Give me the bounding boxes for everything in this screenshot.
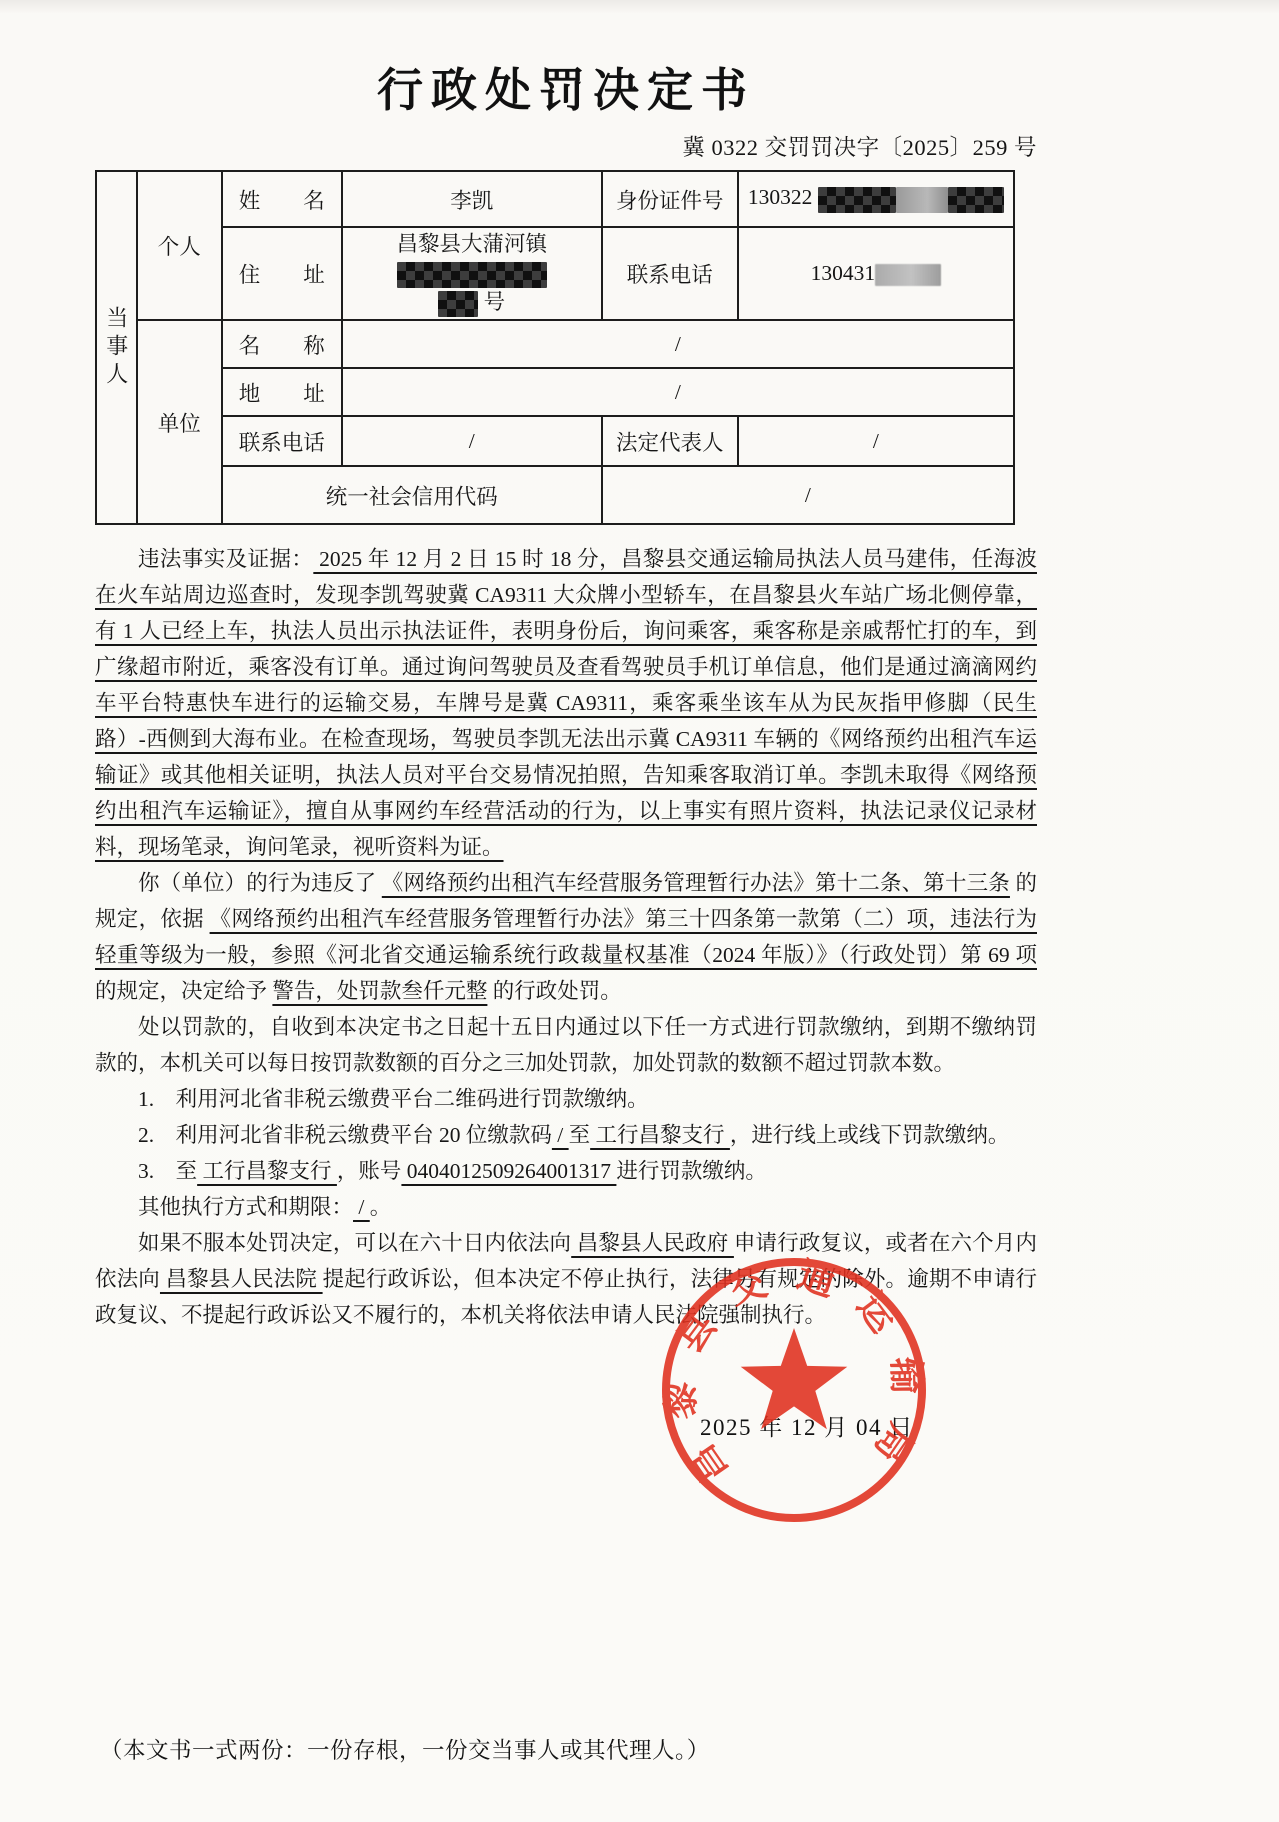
- legal-rep-label: 法定代表人: [602, 416, 738, 466]
- form-text: 其他执行方式和期限：: [138, 1195, 353, 1219]
- filled-in-text: 昌黎县人民法院: [160, 1267, 323, 1291]
- unit-name-label: 名 称: [222, 320, 342, 368]
- form-text: 的规定，决定给予: [95, 979, 272, 1003]
- document-title: 行政处罚决定书: [95, 54, 1037, 120]
- filled-in-text: 0404012509264001317: [401, 1159, 616, 1183]
- decision-date: 2025 年 12 月 04 日: [700, 1409, 914, 1442]
- form-text: 如果不服本处罚决定，可以在六十日内依法向: [138, 1231, 571, 1255]
- unit-address-value: /: [342, 368, 1014, 416]
- filled-in-text: 工行昌黎支行: [590, 1123, 730, 1147]
- party-row-header: 当事人: [96, 171, 137, 524]
- form-text: 至: [569, 1123, 591, 1147]
- address-value-text: 昌黎县大蒲河镇: [396, 232, 547, 256]
- filled-in-text: /: [552, 1123, 569, 1147]
- redaction-block: [438, 291, 478, 317]
- form-text: 1. 利用河北省非税云缴费平台二维码进行罚款缴纳。: [138, 1087, 649, 1111]
- form-text: 进行罚款缴纳。: [616, 1159, 767, 1183]
- body-paragraph: 如果不服本处罚决定，可以在六十日内依法向 昌黎县人民政府 申请行政复议，或者在六…: [95, 1225, 1037, 1333]
- document-number: 冀 0322 交罚罚决字〔2025〕259 号: [95, 130, 1037, 162]
- body-paragraph: 3. 至 工行昌黎支行 ，账号 0404012509264001317 进行罚款…: [95, 1153, 1037, 1189]
- filled-in-text: 警告，处罚款叁仟元整: [272, 979, 487, 1003]
- phone-value: 130431: [738, 227, 1014, 320]
- filled-in-text: 《网络预约出租汽车经营服务管理暂行办法》第三十四条第一款第（二）项，违法行为轻重…: [95, 907, 1037, 967]
- legal-rep-value: /: [738, 416, 1014, 466]
- form-text: 处以罚款的，自收到本决定书之日起十五日内通过以下任一方式进行罚款缴纳，到期不缴纳…: [95, 1015, 1037, 1075]
- filled-in-text: 2025 年 12 月 2 日 15 时 18 分，昌黎县交通运输局执法人员马建…: [95, 547, 1037, 859]
- address-value: 昌黎县大蒲河镇 号: [342, 227, 602, 320]
- form-text: 违法事实及证据：: [138, 547, 313, 571]
- body-paragraph: 2. 利用河北省非税云缴费平台 20 位缴款码 / 至 工行昌黎支行 ，进行线上…: [95, 1117, 1037, 1153]
- name-value: 李凯: [342, 171, 602, 227]
- redaction-block: [818, 187, 896, 213]
- phone-label: 联系电话: [602, 227, 738, 320]
- filled-in-text: 《网络预约出租汽车经营服务管理暂行办法》第十二条、第十三条: [382, 871, 1010, 895]
- party-info-table: 当事人 个人 姓 名 李凯 身份证件号 130322 住 址 昌黎县大蒲河镇 号…: [95, 170, 1015, 525]
- filled-in-text: 昌黎县人民政府: [571, 1231, 734, 1255]
- unit-group-label: 单位: [137, 320, 222, 524]
- body-paragraph: 1. 利用河北省非税云缴费平台二维码进行罚款缴纳。: [95, 1081, 1037, 1117]
- form-text: 的行政处罚。: [487, 979, 621, 1003]
- unit-phone-label: 联系电话: [222, 416, 342, 466]
- phone-value-text: 130431: [811, 261, 876, 285]
- address-value-suffix: 号: [484, 290, 506, 314]
- form-text: 3. 至: [138, 1159, 197, 1183]
- filled-in-text: /: [353, 1195, 370, 1219]
- credit-code-label: 统一社会信用代码: [222, 466, 602, 524]
- body-paragraph: 违法事实及证据： 2025 年 12 月 2 日 15 时 18 分，昌黎县交通…: [95, 541, 1037, 865]
- unit-address-label: 地 址: [222, 368, 342, 416]
- decision-body: 违法事实及证据： 2025 年 12 月 2 日 15 时 18 分，昌黎县交通…: [95, 541, 1037, 1333]
- redaction-block: [397, 262, 547, 288]
- form-text: 。: [370, 1195, 392, 1219]
- unit-name-value: /: [342, 320, 1014, 368]
- form-text: ，账号: [337, 1159, 402, 1183]
- redaction-block: [948, 187, 1004, 213]
- copies-note: （本文书一式两份：一份存根，一份交当事人或其代理人。）: [100, 1733, 710, 1765]
- id-value-text: 130322: [748, 185, 813, 209]
- credit-code-value: /: [602, 466, 1014, 524]
- person-group-label: 个人: [137, 171, 222, 320]
- id-value: 130322: [738, 171, 1014, 227]
- id-label: 身份证件号: [602, 171, 738, 227]
- address-label: 住 址: [222, 227, 342, 320]
- name-label: 姓 名: [222, 171, 342, 227]
- document-page: 行政处罚决定书 冀 0322 交罚罚决字〔2025〕259 号 当事人 个人 姓…: [95, 40, 1037, 1333]
- form-text: ，进行线上或线下罚款缴纳。: [730, 1123, 1010, 1147]
- unit-phone-value: /: [342, 416, 602, 466]
- filled-in-text: 工行昌黎支行: [197, 1159, 337, 1183]
- form-text: 你（单位）的行为违反了: [138, 871, 382, 895]
- body-paragraph: 处以罚款的，自收到本决定书之日起十五日内通过以下任一方式进行罚款缴纳，到期不缴纳…: [95, 1009, 1037, 1081]
- form-text: 2. 利用河北省非税云缴费平台 20 位缴款码: [138, 1123, 552, 1147]
- redaction-block: [896, 187, 948, 213]
- body-paragraph: 你（单位）的行为违反了 《网络预约出租汽车经营服务管理暂行办法》第十二条、第十三…: [95, 865, 1037, 1009]
- body-paragraph: 其他执行方式和期限： / 。: [95, 1189, 1037, 1225]
- redaction-block: [875, 264, 941, 286]
